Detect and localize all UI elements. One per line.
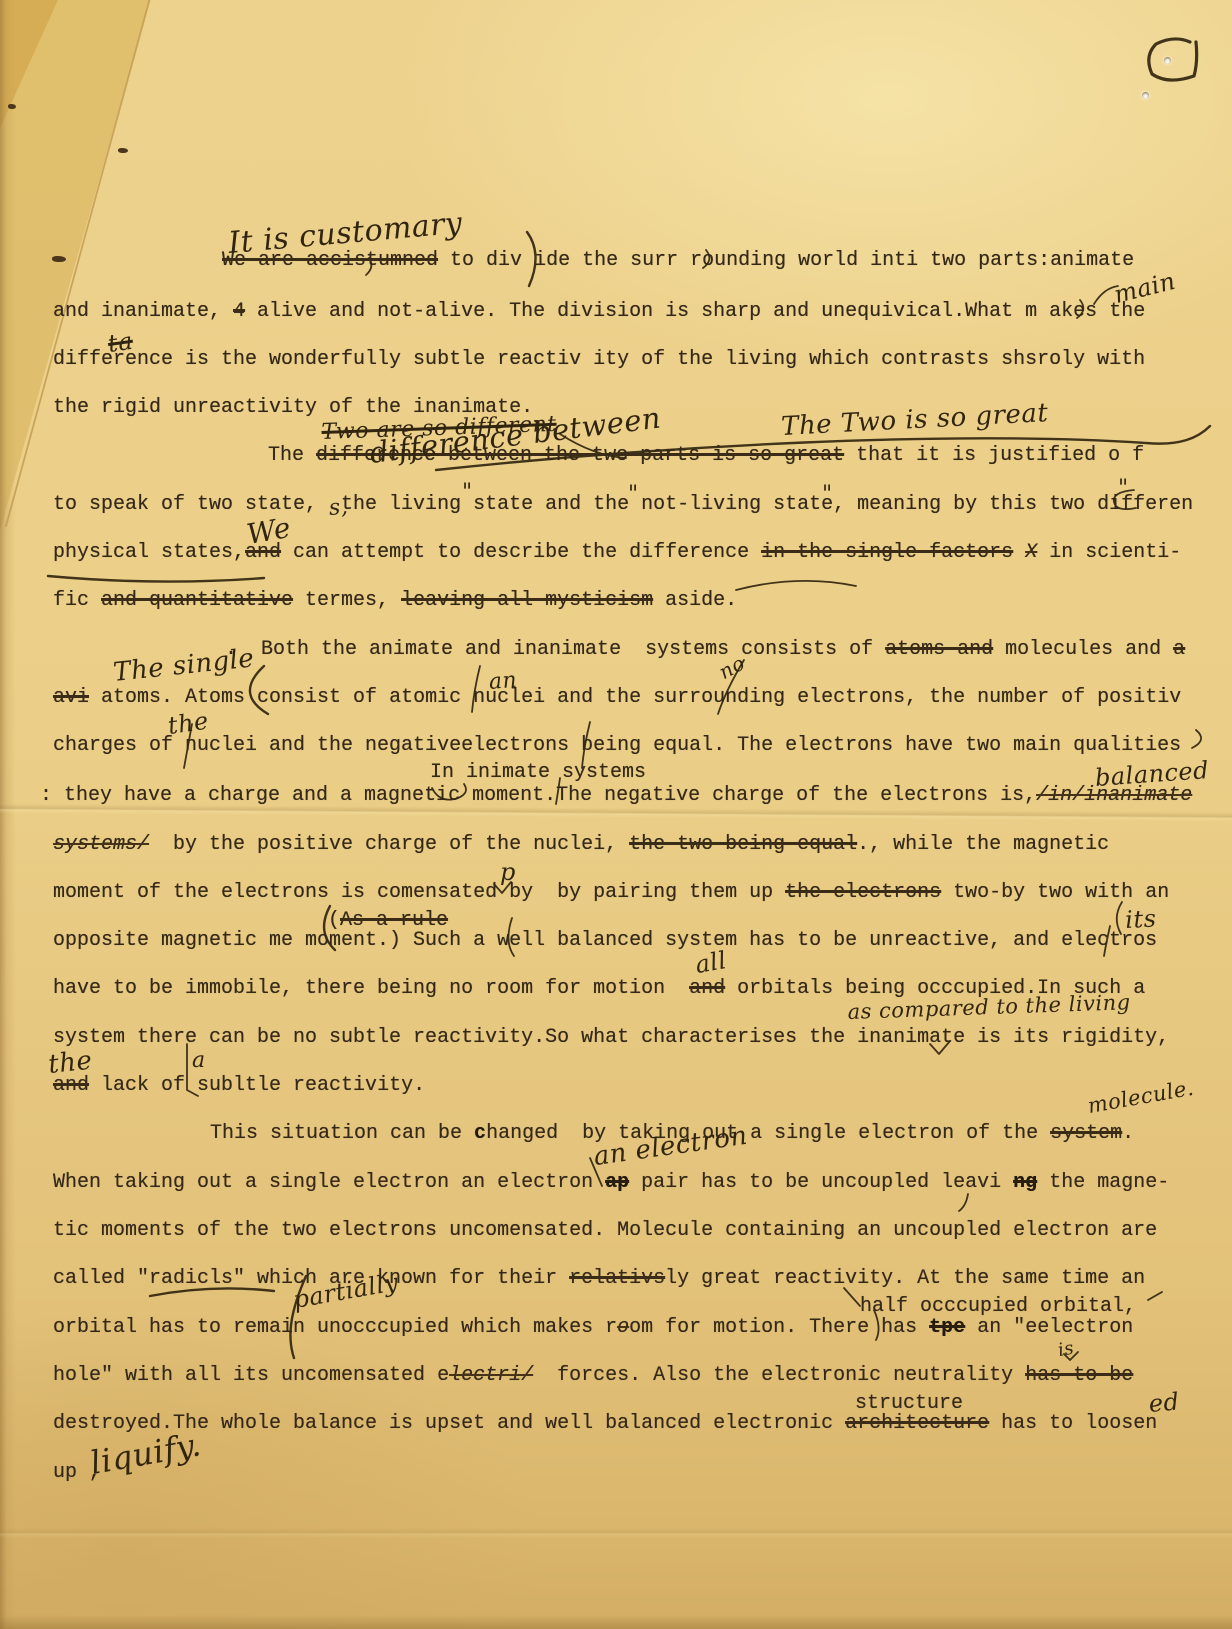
typed-segment: ly great reactivity. At the same time an	[665, 1267, 1145, 1290]
typed-segment: opposite magnetic me moment.) Such a wel…	[53, 929, 1157, 952]
typed-segment-strike: the electrons	[785, 881, 941, 904]
inserted-ed: ed	[1148, 1387, 1181, 1418]
manuscript-page: We are accistumned to div ide the surr r…	[0, 0, 1232, 1629]
typed-line-23: tic moments of the two electrons uncomen…	[53, 1218, 1157, 1244]
typed-segment-strike: has to be	[1025, 1364, 1133, 1387]
typed-segment: difference is the wonderfully subtle rea…	[53, 348, 1145, 371]
typed-line-7: physical states,and can attempt to descr…	[53, 540, 1181, 566]
typed-line-15: moment of the electrons is comensated by…	[53, 880, 1169, 906]
typed-segment-boldstrike: ap	[605, 1171, 629, 1194]
underline-physical-states	[48, 576, 264, 582]
typed-segment: lack of subltle reactivity.	[89, 1074, 425, 1097]
typed-segment: to div ide the surr rounding world inti …	[438, 249, 1134, 272]
typed-segment: aside.	[653, 589, 737, 612]
typed-segment: hanged by taking out a single electron o…	[486, 1122, 1050, 1145]
typed-segment: two-by two with an	[941, 881, 1169, 904]
typed-segment: molecules and	[993, 638, 1173, 661]
note-the-single: The single	[112, 643, 256, 688]
inserted-a: a	[192, 1048, 206, 1073]
typed-segment-bold: c	[474, 1122, 486, 1145]
staple-speck	[52, 256, 66, 262]
bottom-scan-edge	[0, 1615, 1232, 1629]
left-scan-edge	[0, 0, 16, 1629]
typed-segment: When taking out a single electron an ele…	[53, 1171, 605, 1194]
typed-segment-boldstrike: ng	[1013, 1171, 1037, 1194]
typed-line-29: destroyed.The whole balance is upset and…	[53, 1411, 1157, 1437]
note-the: the	[166, 707, 210, 740]
corner-CJ-mark	[1149, 39, 1197, 80]
staple-speck	[8, 104, 16, 109]
typed-segment: .	[1122, 1122, 1134, 1145]
typed-segment-strike: architecture	[845, 1412, 989, 1435]
typed-segment-strike: system	[1050, 1122, 1122, 1145]
note-an: an	[488, 668, 518, 695]
inserted-comma	[959, 1194, 968, 1211]
typed-segment: charges of nuclei and the negativeelectr…	[53, 734, 1181, 757]
typed-segment: the magne-	[1037, 1171, 1169, 1194]
inserted-quote-mark: "	[462, 480, 473, 505]
typed-segment-strike: in the single factors	[761, 541, 1013, 564]
typed-segment: system there can be no subtle reactivity…	[53, 1026, 1169, 1049]
typed-segment-strike: 4	[233, 300, 245, 323]
typed-segment: om for motion. There has	[629, 1316, 929, 1339]
typed-segment: This situation can be	[210, 1122, 474, 1145]
typed-line-6: to speak of two state, the living state …	[53, 492, 1193, 518]
typed-segment-strike: leaving all mysticism	[401, 589, 653, 612]
typed-line-1: We are accistumned to div ide the surr r…	[222, 248, 1134, 274]
typed-segment: orbital has to remain unocccupied which …	[53, 1316, 617, 1339]
typed-line-19: system there can be no subtle reactivity…	[53, 1025, 1169, 1051]
typed-line-24: called "radicls" which are known for the…	[53, 1266, 1145, 1292]
typed-segment: alive and not-alive. The division is sha…	[245, 300, 1145, 323]
typed-segment: pair has to be uncoupled leavi	[629, 1171, 1013, 1194]
typed-segment-slash: X	[1025, 541, 1037, 564]
typed-segment: The	[268, 444, 316, 467]
typed-segment: termes,	[293, 589, 401, 612]
typed-segment: In inimate systems	[430, 761, 646, 784]
typed-line-9: . Both the animate and inanimate systems…	[225, 637, 1185, 663]
typed-segment-strike: a	[1173, 638, 1185, 661]
typed-segment: atoms. Atoms consist of atomic nuclei an…	[89, 686, 1181, 709]
typed-line-17: opposite magnetic me moment.) Such a wel…	[53, 928, 1157, 954]
typed-segment: fic	[53, 589, 101, 612]
inserted-p: p	[500, 858, 516, 886]
paper-hole	[1142, 92, 1149, 99]
typed-segment-slash: lectri/	[449, 1364, 533, 1387]
typed-segment-slash: o	[617, 1316, 629, 1339]
typed-line-22: When taking out a single electron an ele…	[53, 1170, 1169, 1196]
typed-segment: tic moments of the two electrons uncomen…	[53, 1219, 1157, 1242]
typed-segment-strike: avi	[53, 686, 89, 709]
typed-segment: by the positive charge of the nuclei,	[149, 833, 629, 856]
inserted-quote-mark: "	[1118, 476, 1129, 501]
paper-hole	[1164, 57, 1171, 64]
typed-line-26: orbital has to remain unocccupied which …	[53, 1315, 1133, 1341]
typed-segment	[1013, 541, 1025, 564]
typed-segment: : they have a charge and a magnetic mome…	[40, 784, 1036, 807]
typed-line-20: and lack of subltle reactivity.	[53, 1073, 425, 1099]
typed-segment-strike: relativs	[569, 1267, 665, 1290]
typed-segment: have to be immobile, there being no room…	[53, 977, 689, 1000]
typed-segment: has to loosen	[989, 1412, 1157, 1435]
typed-segment-strike: and quantitative	[101, 589, 293, 612]
typed-segment: ., while the magnetic	[857, 833, 1109, 856]
typed-segment: moment of the electrons is comensated by…	[53, 881, 785, 904]
typed-segment-slash: systems/	[53, 833, 149, 856]
typed-segment: that it is justified o f	[844, 444, 1144, 467]
typed-line-13: : they have a charge and a magnetic mome…	[40, 783, 1192, 809]
typed-line-8: fic and quantitative termes, leaving all…	[53, 588, 737, 614]
typed-segment: an "eelectron	[965, 1316, 1133, 1339]
curve-aside	[736, 581, 856, 590]
typed-line-11: charges of nuclei and the negativeelectr…	[53, 733, 1181, 759]
typed-line-3: difference is the wonderfully subtle rea…	[53, 347, 1145, 373]
typed-segment-boldstrike: tpe	[929, 1316, 965, 1339]
note-molecule: molecule.	[1086, 1076, 1196, 1118]
typed-line-10: avi atoms. Atoms consist of atomic nucle…	[53, 685, 1181, 711]
note-its: its	[1125, 904, 1158, 934]
typed-line-14: systems/ by the positive charge of the n…	[53, 832, 1109, 858]
typed-segment-strike: atoms and	[885, 638, 993, 661]
typed-segment: in scienti-	[1037, 541, 1181, 564]
typed-segment: . Both the animate and inanimate systems…	[225, 638, 885, 661]
typed-line-27: hole" with all its uncomensated electri/…	[53, 1363, 1133, 1389]
typed-segment: to speak of two state, the living state …	[53, 493, 1193, 516]
staple-speck	[118, 148, 128, 153]
typed-segment-strike: the two being equal	[629, 833, 857, 856]
typed-segment: physical states,	[53, 541, 245, 564]
inserted-quote-mark: "	[822, 482, 833, 507]
inserted-is: is	[1056, 1338, 1075, 1361]
note-the-2: the	[47, 1046, 94, 1080]
paper-crease	[0, 1528, 1232, 1538]
curl-qualities	[1192, 730, 1201, 748]
typed-segment: and inanimate,	[53, 300, 233, 323]
note-the-two-is-so-great: The Two is so great	[780, 398, 1049, 442]
typed-segment: forces. Also the electronic neutrality	[533, 1364, 1025, 1387]
mark-orbital-comma	[1148, 1292, 1162, 1300]
typed-segment: can attempt to describe the difference	[281, 541, 761, 564]
note-scribble-ta: ta	[106, 327, 135, 358]
inserted-s: s,	[328, 494, 349, 521]
inserted-quote-mark: "	[628, 482, 639, 507]
typed-segment-strike: and	[689, 977, 725, 1000]
note-balanced: balanced	[1094, 756, 1210, 792]
typed-line-2: and inanimate, 4 alive and not-alive. Th…	[53, 299, 1145, 325]
typed-segment: hole" with all its uncomensated e	[53, 1364, 449, 1387]
note-all: all	[693, 946, 729, 979]
